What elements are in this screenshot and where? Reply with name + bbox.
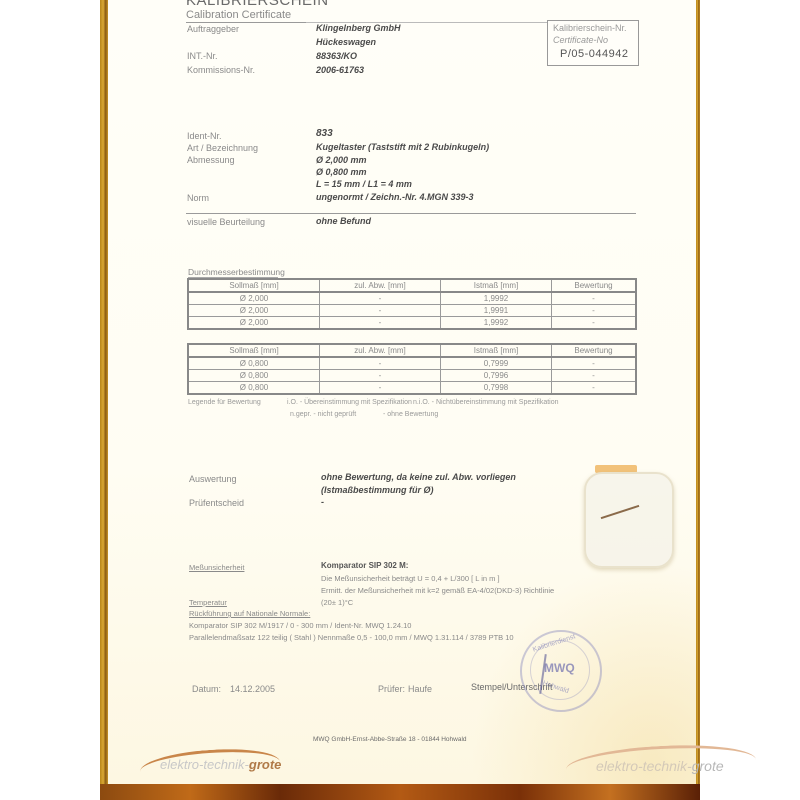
int-nr-value: 88363/KO [316, 51, 357, 61]
legend-label: Legende für Bewertung [188, 399, 261, 406]
measurement-section-title: Durchmesserbestimmung [188, 267, 285, 277]
kommission-value: 2006-61763 [316, 65, 364, 75]
watermark-left: elektro-technik-grote [160, 757, 281, 772]
visual-value: ohne Befund [316, 216, 371, 226]
col-bewertung: Bewertung [552, 344, 637, 357]
cell-bewertung: - [552, 370, 637, 382]
traceability-label: Rückführung auf Nationale Normale: [189, 609, 310, 618]
auswertung-label: Auswertung [189, 474, 237, 484]
product-photo-box [578, 460, 678, 570]
cell-zul-abw: - [320, 292, 441, 305]
cell-istmass: 0,7998 [441, 382, 552, 395]
watermark-text-part1: elektro-technik- [160, 757, 249, 772]
cell-sollmass: Ø 2,000 [188, 317, 320, 330]
certificate-label-en: Certificate-No [553, 35, 608, 45]
temperature-label: Temperatur [189, 598, 227, 607]
cell-zul-abw: - [320, 357, 441, 370]
col-sollmass: Sollmaß [mm] [188, 344, 320, 357]
abmessung-line3: L = 15 mm / L1 = 4 mm [316, 179, 412, 189]
table-header-row: Sollmaß [mm] zul. Abw. [mm] Istmaß [mm] … [188, 279, 636, 292]
cell-sollmass: Ø 0,800 [188, 357, 320, 370]
cell-sollmass: Ø 2,000 [188, 305, 320, 317]
norm-label: Norm [187, 193, 209, 203]
watermark-text-part1: elektro-technik- [596, 758, 692, 774]
uncertainty-line2: Ermitt. der Meßunsicherheit mit k=2 gemä… [321, 586, 554, 595]
table-row: Ø 2,000-1,9992- [188, 317, 636, 330]
col-sollmass: Sollmaß [mm] [188, 279, 320, 292]
table-row: Ø 0,800-0,7998- [188, 382, 636, 395]
legend-ohne: - ohne Bewertung [383, 411, 438, 418]
kommission-label: Kommissions-Nr. [187, 65, 255, 75]
uncertainty-label: Meßunsicherheit [189, 563, 244, 572]
uncertainty-line1: Die Meßunsicherheit beträgt U = 0,4 + L/… [321, 574, 500, 583]
datum-label: Datum: [192, 684, 221, 694]
visual-label: visuelle Beurteilung [187, 217, 265, 227]
auswertung-line1: ohne Bewertung, da keine zul. Abw. vorli… [321, 472, 516, 482]
watermark-text-part2: grote [249, 757, 282, 772]
art-label: Art / Bezeichnung [187, 143, 258, 153]
ident-label: Ident-Nr. [187, 131, 222, 141]
datum-value: 14.12.2005 [230, 684, 275, 694]
cell-istmass: 1,9992 [441, 317, 552, 330]
measurement-table-0-8mm: Sollmaß [mm] zul. Abw. [mm] Istmaß [mm] … [187, 343, 637, 395]
official-stamp: Kalibrierdienst MWQ Hohwald [520, 630, 602, 712]
cell-zul-abw: - [320, 305, 441, 317]
watermark-right: elektro-technik-grote [596, 758, 724, 774]
traceability-line2: Parallelendmaßsatz 122 teilig ( Stahl ) … [189, 633, 514, 642]
temperature-value: (20± 1)°C [321, 598, 353, 607]
certificate-number: P/05-044942 [560, 48, 629, 60]
traceability-line1: Komparator SIP 302 M/1917 / 0 - 300 mm /… [189, 621, 411, 630]
table-row: Ø 0,800-0,7996- [188, 370, 636, 382]
item-divider [186, 213, 636, 214]
title-underline [186, 22, 306, 23]
int-nr-label: INT.-Nr. [187, 51, 218, 61]
ident-value: 833 [316, 128, 333, 139]
auftraggeber-label: Auftraggeber [187, 24, 239, 34]
cell-zul-abw: - [320, 382, 441, 395]
footer-address: MWQ GmbH-Ernst-Abbe-Straße 18 - 01844 Ho… [313, 736, 467, 743]
wood-background-left [100, 0, 108, 800]
table-header-row: Sollmaß [mm] zul. Abw. [mm] Istmaß [mm] … [188, 344, 636, 357]
cell-bewertung: - [552, 382, 637, 395]
auftraggeber-line1: Klingelnberg GmbH [316, 23, 401, 33]
cell-sollmass: Ø 2,000 [188, 292, 320, 305]
legend-ngepr: n.gepr. - nicht geprüft [290, 411, 356, 418]
document-subtitle: Calibration Certificate [186, 9, 291, 21]
cell-sollmass: Ø 0,800 [188, 370, 320, 382]
legend-io: i.O. - Übereinstimmung mit Spezifikation [287, 399, 412, 406]
uncertainty-device: Komparator SIP 302 M: [321, 561, 408, 570]
pruefentscheid-value: - [321, 497, 324, 507]
box-body [584, 472, 674, 568]
cell-istmass: 0,7999 [441, 357, 552, 370]
table-row: Ø 2,000-1,9991- [188, 305, 636, 317]
pruefer-label: Prüfer: [378, 684, 405, 694]
cell-zul-abw: - [320, 317, 441, 330]
col-zul-abw: zul. Abw. [mm] [320, 279, 441, 292]
wood-background-bottom [100, 784, 700, 800]
col-zul-abw: zul. Abw. [mm] [320, 344, 441, 357]
cell-istmass: 1,9991 [441, 305, 552, 317]
cell-bewertung: - [552, 317, 637, 330]
abmessung-line2: Ø 0,800 mm [316, 167, 367, 177]
legend-nio: n.i.O. - Nichtübereinstimmung mit Spezif… [413, 399, 559, 406]
abmessung-label: Abmessung [187, 155, 235, 165]
abmessung-line1: Ø 2,000 mm [316, 155, 367, 165]
stamp-center-text: MWQ [544, 661, 575, 675]
cell-istmass: 1,9992 [441, 292, 552, 305]
pruefentscheid-label: Prüfentscheid [189, 498, 244, 508]
art-value: Kugeltaster (Taststift mit 2 Rubinkugeln… [316, 142, 489, 152]
cell-zul-abw: - [320, 370, 441, 382]
certificate-number-box: Kalibrierschein-Nr. Certificate-No P/05-… [547, 20, 639, 66]
col-bewertung: Bewertung [552, 279, 637, 292]
col-istmass: Istmaß [mm] [441, 344, 552, 357]
cell-bewertung: - [552, 292, 637, 305]
table-row: Ø 2,000-1,9992- [188, 292, 636, 305]
wood-background-right [696, 0, 700, 800]
watermark-text-part2: grote [692, 758, 724, 774]
norm-value: ungenormt / Zeichn.-Nr. 4.MGN 339-3 [316, 192, 474, 202]
cell-bewertung: - [552, 305, 637, 317]
auftraggeber-line2: Hückeswagen [316, 37, 376, 47]
pruefer-value: Haufe [408, 684, 432, 694]
cell-sollmass: Ø 0,800 [188, 382, 320, 395]
certificate-label-de: Kalibrierschein-Nr. [553, 23, 627, 33]
cell-bewertung: - [552, 357, 637, 370]
cell-istmass: 0,7996 [441, 370, 552, 382]
measurement-table-2mm: Sollmaß [mm] zul. Abw. [mm] Istmaß [mm] … [187, 278, 637, 330]
table-row: Ø 0,800-0,7999- [188, 357, 636, 370]
document-title: KALIBRIERSCHEIN [186, 0, 329, 9]
col-istmass: Istmaß [mm] [441, 279, 552, 292]
auswertung-line2: (Istmaßbestimmung für Ø) [321, 485, 434, 495]
